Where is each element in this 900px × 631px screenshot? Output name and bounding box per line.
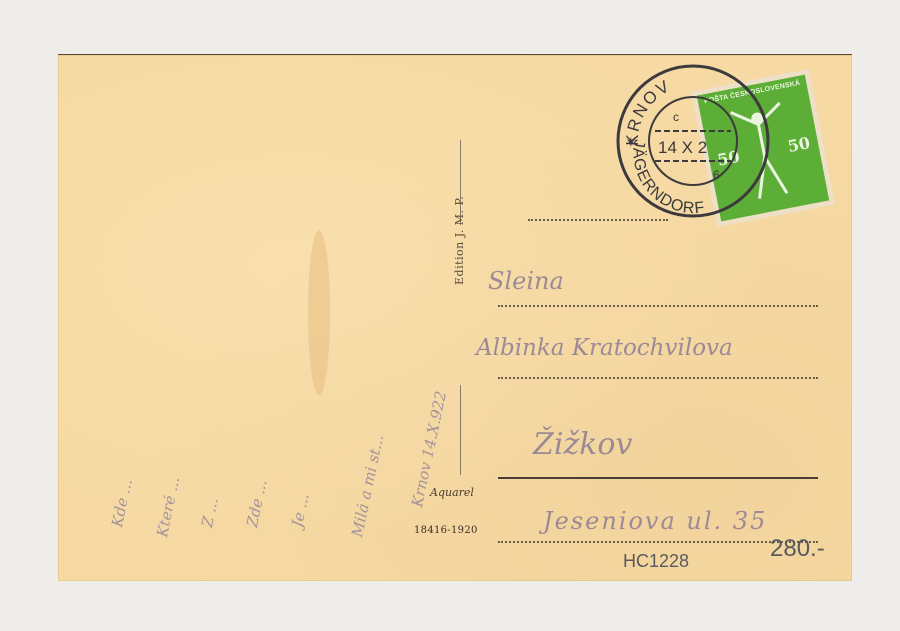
price-note: 280.- xyxy=(770,535,825,563)
message-line: Kde ... xyxy=(108,477,136,528)
message-line: Z ... xyxy=(198,496,222,529)
message-line: Které ... xyxy=(153,475,183,539)
postmark-letter: c xyxy=(673,110,679,124)
stain xyxy=(308,230,330,395)
series-label: Aquarel xyxy=(430,486,474,499)
address-line-1: Sleina xyxy=(488,267,564,295)
message-line: Milá a mi st... xyxy=(348,433,387,539)
address-line-3: Žižkov xyxy=(533,427,632,462)
stamp-value-right: 50 xyxy=(786,133,811,156)
reference-note: HC1228 xyxy=(623,551,689,572)
star-icon: ✶ xyxy=(625,135,637,151)
postmark-cancellation: KRNOV JÄGERNDORF ✶ c 14 X 2 6 xyxy=(613,61,773,221)
message-line: Je ... xyxy=(288,492,313,529)
postmark-number: 6 xyxy=(713,168,720,182)
center-divider-bottom xyxy=(460,385,461,475)
address-line-2: Albinka Kratochvilova xyxy=(476,335,733,361)
address-line-4: Jeseniova ul. 35 xyxy=(543,507,767,535)
postcard: Kde ... Které ... Z ... Zde ... Je ... M… xyxy=(58,54,852,581)
address-rule-1 xyxy=(498,305,818,307)
postmark-date: 14 X 2 xyxy=(658,138,707,157)
publisher-label: Edition J. M. P. xyxy=(453,196,466,285)
address-rule-3 xyxy=(498,477,818,479)
address-rule-2 xyxy=(498,377,818,379)
message-line: Zde ... xyxy=(243,478,271,529)
catalog-number: 18416-1920 xyxy=(414,525,478,536)
